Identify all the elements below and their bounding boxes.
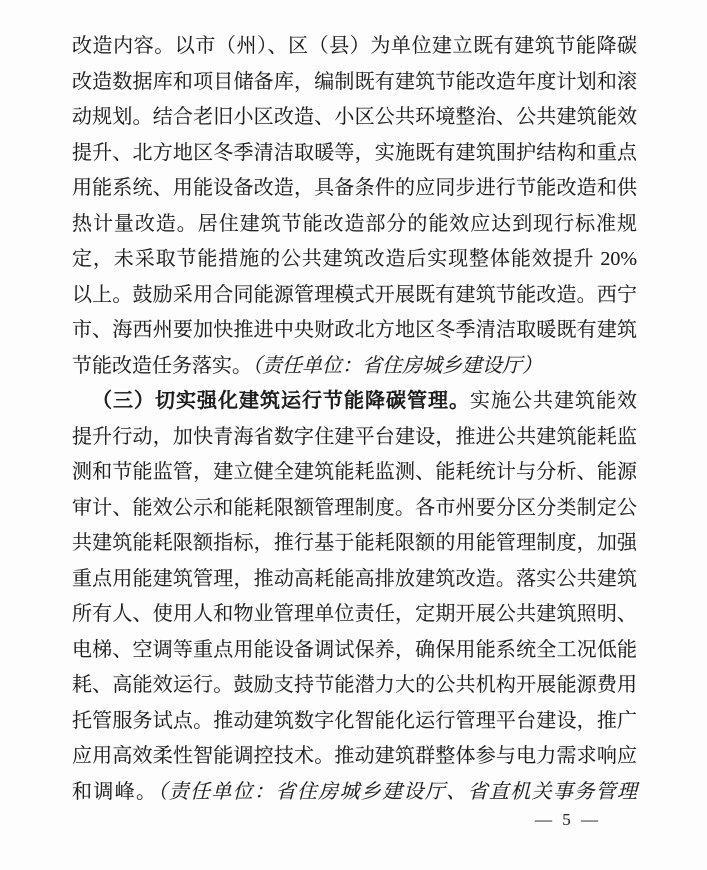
text-segment: 市、海西州要加快推进中央财政北方地区冬季清洁取暖既有建筑 xyxy=(72,319,637,341)
page-number: — 5 — xyxy=(535,810,601,830)
text-segment: 节能改造任务落实。 xyxy=(72,355,252,377)
text-segment: 和调峰。 xyxy=(72,781,157,803)
text-line: 用能系统、用能设备改造，具备条件的应同步进行节能改造和供 xyxy=(72,171,637,207)
document-text-block: 改造内容。以市（州）、区（县）为单位建立既有建筑节能降碳 改造数据库和项目储备库… xyxy=(72,29,637,810)
text-segment: 审计、能效公示和能耗限额管理制度。各市州要分区分类制定公 xyxy=(72,497,637,519)
text-line: 提升、北方地区冬季清洁取暖等，实施既有建筑围护结构和重点 xyxy=(72,136,637,172)
text-line: 所有人、使用人和物业管理单位责任，定期开展公共建筑照明、 xyxy=(72,597,637,633)
text-segment: 改造内容。以市（州）、区（县）为单位建立既有建筑节能降碳 xyxy=(72,35,637,57)
text-segment: 以上。鼓励采用合同能源管理模式开展既有建筑节能改造。西宁 xyxy=(72,284,637,306)
text-segment: 实施公共建筑能效 xyxy=(470,390,637,412)
text-line: 提升行动，加快青海省数字住建平台建设，推进公共建筑能耗监 xyxy=(72,420,637,456)
text-line: 热计量改造。居住建筑节能改造部分的能效应达到现行标准规 xyxy=(72,207,637,243)
text-line: 动规划。结合老旧小区改造、小区公共环境整治、公共建筑能效 xyxy=(72,100,637,136)
responsibility-unit-note: （责任单位：省住房城乡建设厅） xyxy=(252,355,542,377)
text-line: 市、海西州要加快推进中央财政北方地区冬季清洁取暖既有建筑 xyxy=(72,313,637,349)
text-segment: 所有人、使用人和物业管理单位责任，定期开展公共建筑照明、 xyxy=(72,603,637,625)
text-segment: 应用高效柔性智能调控技术。推动建筑群整体参与电力需求响应 xyxy=(72,745,637,767)
text-segment: 热计量改造。居住建筑节能改造部分的能效应达到现行标准规 xyxy=(72,213,637,235)
text-segment: 动规划。结合老旧小区改造、小区公共环境整治、公共建筑能效 xyxy=(72,106,637,128)
text-line: 以上。鼓励采用合同能源管理模式开展既有建筑节能改造。西宁 xyxy=(72,278,637,314)
text-segment: 测和节能监管，建立健全建筑能耗监测、能耗统计与分析、能源 xyxy=(72,461,637,483)
text-line: 重点用能建筑管理，推动高耗能高排放建筑改造。落实公共建筑 xyxy=(72,562,637,598)
document-page: 改造内容。以市（州）、区（县）为单位建立既有建筑节能降碳 改造数据库和项目储备库… xyxy=(0,0,707,870)
text-line: 共建筑能耗限额指标，推行基于能耗限额的用能管理制度，加强 xyxy=(72,526,637,562)
text-segment: 用能系统、用能设备改造，具备条件的应同步进行节能改造和供 xyxy=(72,177,637,199)
text-segment: 定，未采取节能措施的公共建筑改造后实现整体能效提升 20% xyxy=(72,248,637,270)
text-segment: 共建筑能耗限额指标，推行基于能耗限额的用能管理制度，加强 xyxy=(72,532,637,554)
text-line: 应用高效柔性智能调控技术。推动建筑群整体参与电力需求响应 xyxy=(72,739,637,775)
section-heading-line: （三）切实强化建筑运行节能降碳管理。实施公共建筑能效 xyxy=(72,384,637,420)
section-heading: （三）切实强化建筑运行节能降碳管理。 xyxy=(92,390,470,412)
text-segment: 托管服务试点。推动建筑数字化智能化运行管理平台建设，推广 xyxy=(72,710,637,732)
text-line: 节能改造任务落实。（责任单位：省住房城乡建设厅） xyxy=(72,349,637,385)
text-segment: 提升行动，加快青海省数字住建平台建设，推进公共建筑能耗监 xyxy=(72,426,637,448)
text-line: 改造数据库和项目储备库，编制既有建筑节能改造年度计划和滚 xyxy=(72,65,637,101)
text-segment: 提升、北方地区冬季清洁取暖等，实施既有建筑围护结构和重点 xyxy=(72,142,637,164)
text-segment: 重点用能建筑管理，推动高耗能高排放建筑改造。落实公共建筑 xyxy=(72,568,637,590)
text-line: 托管服务试点。推动建筑数字化智能化运行管理平台建设，推广 xyxy=(72,704,637,740)
text-segment: 电梯、空调等重点用能设备调试保养，确保用能系统全工况低能 xyxy=(72,639,637,661)
text-segment: 改造数据库和项目储备库，编制既有建筑节能改造年度计划和滚 xyxy=(72,71,637,93)
responsibility-unit-note: （责任单位：省住房城乡建设厅、省直机关事务管理 xyxy=(157,781,637,803)
text-line: 测和节能监管，建立健全建筑能耗监测、能耗统计与分析、能源 xyxy=(72,455,637,491)
text-segment: 耗、高能效运行。鼓励支持节能潜力大的公共机构开展能源费用 xyxy=(72,674,637,696)
text-line: 和调峰。（责任单位：省住房城乡建设厅、省直机关事务管理 xyxy=(72,775,637,811)
text-line: 定，未采取节能措施的公共建筑改造后实现整体能效提升 20% xyxy=(72,242,637,278)
text-line: 改造内容。以市（州）、区（县）为单位建立既有建筑节能降碳 xyxy=(72,29,637,65)
text-line: 电梯、空调等重点用能设备调试保养，确保用能系统全工况低能 xyxy=(72,633,637,669)
text-line: 耗、高能效运行。鼓励支持节能潜力大的公共机构开展能源费用 xyxy=(72,668,637,704)
text-line: 审计、能效公示和能耗限额管理制度。各市州要分区分类制定公 xyxy=(72,491,637,527)
